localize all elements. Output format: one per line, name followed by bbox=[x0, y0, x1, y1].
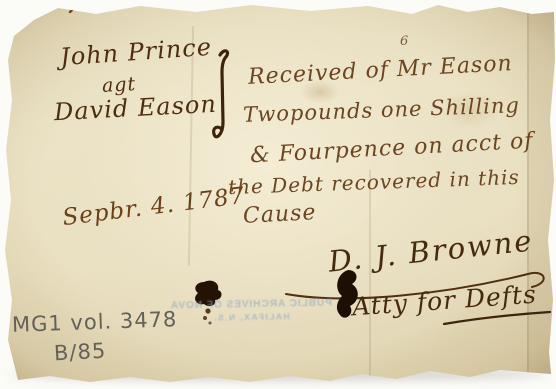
receipt-line-3: & Fourpence on acct of bbox=[250, 129, 534, 169]
receipt-line-4: the Debt recovered in this bbox=[228, 165, 520, 199]
plaintiff-name: John Prince bbox=[59, 33, 213, 72]
top-edge-stroke-mark bbox=[66, 0, 122, 16]
defendant-name: David Eason bbox=[53, 90, 217, 126]
receipt-line-1: Received of Mr Eason bbox=[248, 51, 514, 90]
receipt-line-5: Cause bbox=[242, 200, 317, 229]
stray-ink-mark: 6 bbox=[400, 34, 409, 49]
document-scan: John Prince agt David Eason Received of … bbox=[0, 0, 556, 389]
case-brace-mark bbox=[210, 46, 236, 146]
archive-shelf-number: B/85 bbox=[53, 339, 106, 366]
archive-stamp-mirrored: PUBLIC ARCHIVES OF NOVA HALIFAX, N.S. bbox=[156, 297, 346, 323]
receipt-paper: John Prince agt David Eason Received of … bbox=[0, 0, 556, 389]
signature-title-underline bbox=[440, 308, 556, 330]
receipt-date: Sepbr. 4. 1787 bbox=[61, 183, 247, 231]
archive-reference-number: MG1 vol. 3478 bbox=[12, 307, 178, 337]
